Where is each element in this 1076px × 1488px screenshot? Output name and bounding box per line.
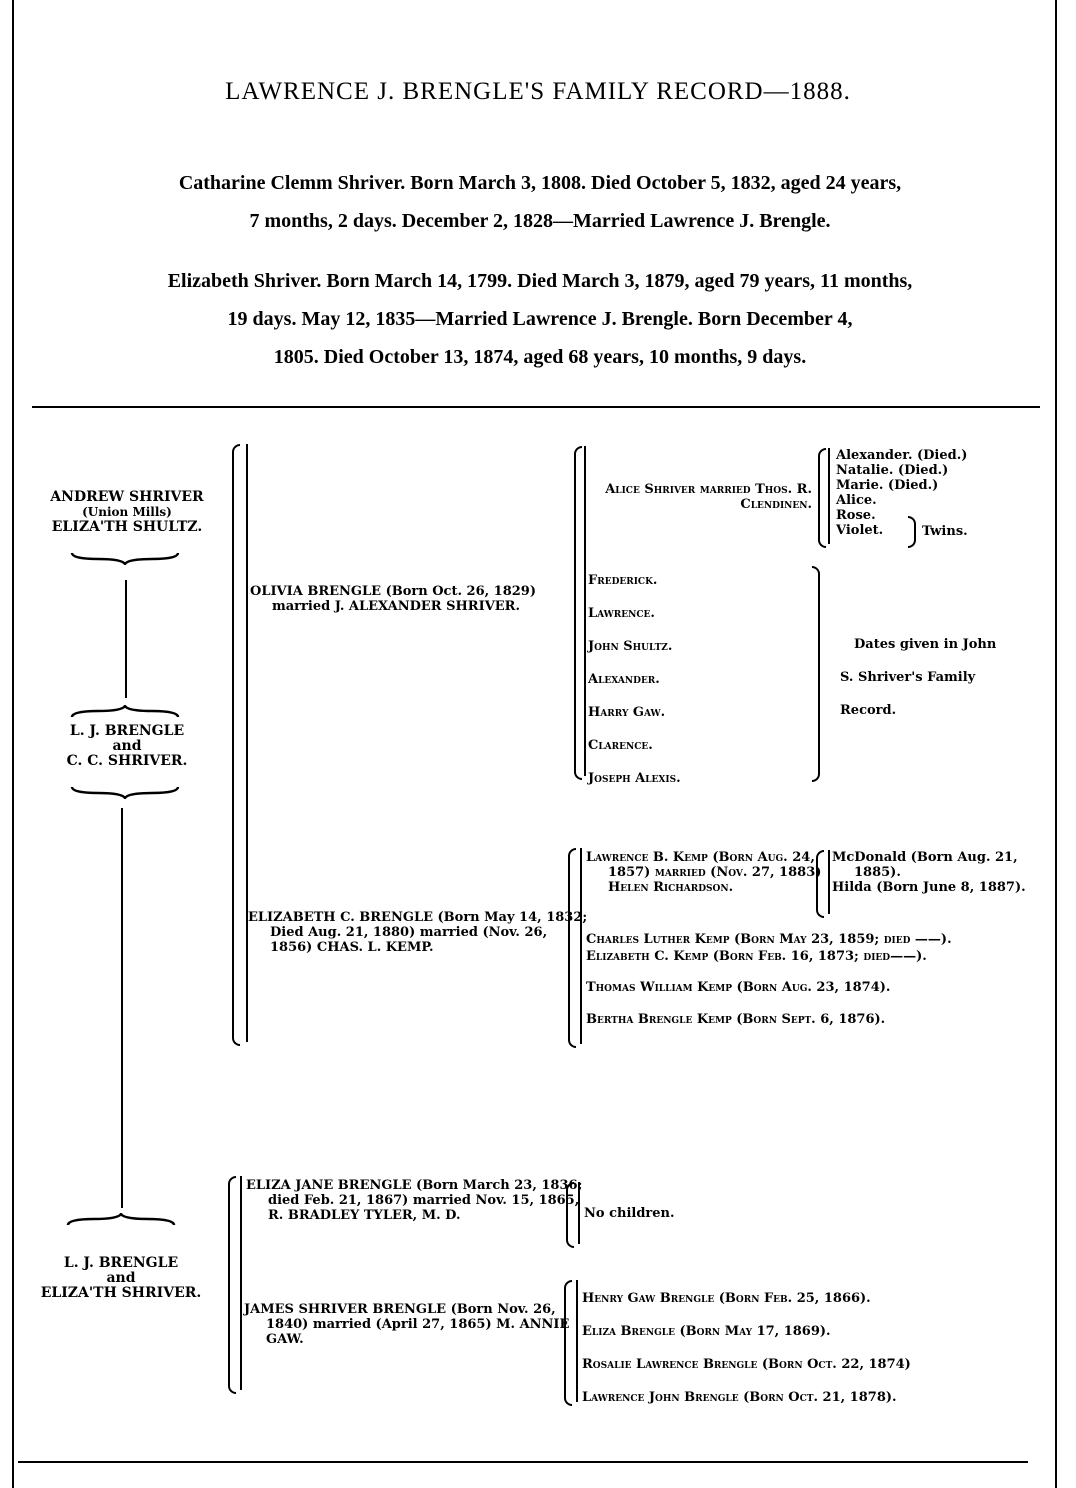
divider-top bbox=[32, 406, 1040, 408]
child-james: JAMES SHRIVER BRENGLE (Born Nov. 26, 184… bbox=[244, 1302, 582, 1347]
child-eliza-jane: ELIZA JANE BRENGLE (Born March 23, 1836;… bbox=[246, 1178, 584, 1223]
ancestor-line: ELIZA'TH SHULTZ. bbox=[22, 520, 232, 535]
right-border bbox=[1055, 0, 1057, 1488]
bracket-icon bbox=[564, 1280, 572, 1406]
bracket-icon bbox=[574, 446, 582, 780]
grandchild: Alexander. bbox=[588, 663, 681, 696]
grandchild: Joseph Alexis. bbox=[588, 762, 681, 795]
grandchild-alice: Alice Shriver married Thos. R. Clendinen… bbox=[590, 482, 812, 512]
couple2-block: L. J. BRENGLE and ELIZA'TH SHRIVER. bbox=[16, 1256, 226, 1301]
grandchild: Rosalie Lawrence Brengle (Born Oct. 22, … bbox=[582, 1348, 911, 1381]
bracket-icon bbox=[566, 1182, 574, 1248]
grandchild: Henry Gaw Brengle (Born Feb. 25, 1866). bbox=[582, 1282, 911, 1315]
bracket-icon bbox=[816, 850, 824, 918]
couple-line: L. J. BRENGLE bbox=[16, 1256, 226, 1271]
bracket-line bbox=[580, 848, 582, 1044]
great-grandchild: Marie. (Died.) bbox=[836, 478, 967, 493]
child-olivia: OLIVIA BRENGLE (Born Oct. 26, 1829) marr… bbox=[250, 584, 590, 614]
left-border bbox=[12, 0, 14, 1488]
great-grandchild: McDonald (Born Aug. 21, 1885). bbox=[854, 850, 1066, 880]
grandchild: Lawrence John Brengle (Born Oct. 21, 187… bbox=[582, 1381, 911, 1414]
twins-bracket-icon bbox=[908, 516, 916, 548]
bracket-icon bbox=[818, 448, 826, 548]
brace-up-icon bbox=[70, 704, 180, 714]
couple-line: and bbox=[16, 1271, 226, 1286]
couple-line: C. C. SHRIVER. bbox=[22, 754, 232, 769]
olivia-children-list: Frederick. Lawrence. John Shultz. Alexan… bbox=[588, 564, 681, 795]
great-grandchild: Natalie. (Died.) bbox=[836, 463, 967, 478]
grandchild: Lawrence. bbox=[588, 597, 681, 630]
divider-bottom bbox=[18, 1461, 1028, 1463]
bracket-line bbox=[576, 1280, 578, 1402]
grandchild: John Shultz. bbox=[588, 630, 681, 663]
intro-elizabeth: Elizabeth Shriver. Born March 14, 1799. … bbox=[30, 262, 1050, 376]
brace-down-icon bbox=[70, 550, 180, 560]
lineage-line bbox=[121, 808, 123, 1208]
bracket-icon bbox=[812, 566, 820, 782]
lineage-line bbox=[125, 580, 127, 698]
intro-catharine: Catharine Clemm Shriver. Born March 3, 1… bbox=[30, 164, 1050, 240]
intro-line: Catharine Clemm Shriver. Born March 3, 1… bbox=[30, 164, 1050, 202]
great-grandchild: Rose. bbox=[836, 508, 967, 523]
grandchild: Harry Gaw. bbox=[588, 696, 681, 729]
bracket-line bbox=[240, 1176, 242, 1390]
grandchild: Thomas William Kemp (Born Aug. 23, 1874)… bbox=[586, 980, 1042, 995]
ancestor-line: (Union Mills) bbox=[22, 505, 232, 520]
grandchild: Clarence. bbox=[588, 729, 681, 762]
twins-label: Twins. bbox=[922, 524, 968, 539]
couple-line: L. J. BRENGLE bbox=[22, 724, 232, 739]
bracket-icon bbox=[568, 848, 576, 1048]
dates-note: Dates given in John S. Shriver's Family … bbox=[840, 628, 1040, 727]
grandchild-lawrence-kemp: Lawrence B. Kemp (Born Aug. 24, 1857) ma… bbox=[586, 850, 832, 895]
bracket-line bbox=[578, 1182, 580, 1244]
intro-line: 1805. Died October 13, 1874, aged 68 yea… bbox=[30, 338, 1050, 376]
bracket-line bbox=[828, 850, 830, 914]
brace-down-icon bbox=[70, 784, 180, 794]
grandchild: Charles Luther Kemp (Born May 23, 1859; … bbox=[586, 932, 1042, 947]
couple1-block: L. J. BRENGLE and C. C. SHRIVER. bbox=[22, 724, 232, 769]
intro-line: 19 days. May 12, 1835—Married Lawrence J… bbox=[30, 300, 1050, 338]
grandchild: Bertha Brengle Kemp (Born Sept. 6, 1876)… bbox=[586, 1012, 1042, 1027]
no-children-note: No children. bbox=[584, 1206, 675, 1221]
bracket-icon bbox=[228, 1176, 236, 1394]
note-line: Record. bbox=[840, 694, 1040, 727]
great-grandchild: Hilda (Born June 8, 1887). bbox=[854, 880, 1066, 895]
intro-line: Elizabeth Shriver. Born March 14, 1799. … bbox=[30, 262, 1050, 300]
great-grandchild: Alice. bbox=[836, 493, 967, 508]
document-page: LAWRENCE J. BRENGLE'S FAMILY RECORD—1888… bbox=[0, 0, 1076, 1488]
couple-line: ELIZA'TH SHRIVER. bbox=[16, 1286, 226, 1301]
bracket-line bbox=[828, 448, 830, 544]
intro-line: 7 months, 2 days. December 2, 1828—Marri… bbox=[30, 202, 1050, 240]
note-line: Dates given in John bbox=[840, 628, 1040, 661]
grandchild: Frederick. bbox=[588, 564, 681, 597]
grandchild: Elizabeth C. Kemp (Born Feb. 16, 1873; d… bbox=[586, 949, 1042, 964]
couple-line: and bbox=[22, 739, 232, 754]
child-elizabeth: ELIZABETH C. BRENGLE (Born May 14, 1832;… bbox=[248, 910, 588, 955]
note-line: S. Shriver's Family bbox=[840, 661, 1040, 694]
lawrence-kemp-children: McDonald (Born Aug. 21, 1885). Hilda (Bo… bbox=[832, 850, 1066, 895]
ancestors-block: ANDREW SHRIVER (Union Mills) ELIZA'TH SH… bbox=[22, 490, 232, 535]
great-grandchild: Alexander. (Died.) bbox=[836, 448, 967, 463]
page-title: LAWRENCE J. BRENGLE'S FAMILY RECORD—1888… bbox=[0, 78, 1076, 106]
james-children-list: Henry Gaw Brengle (Born Feb. 25, 1866). … bbox=[582, 1282, 911, 1414]
ancestor-line: ANDREW SHRIVER bbox=[22, 490, 232, 505]
bracket-line bbox=[584, 446, 586, 776]
brace-up-icon bbox=[66, 1212, 176, 1222]
elizabeth-children-list: Charles Luther Kemp (Born May 23, 1859; … bbox=[586, 932, 1042, 1027]
bracket-icon bbox=[232, 444, 240, 1046]
grandchild: Eliza Brengle (Born May 17, 1869). bbox=[582, 1315, 911, 1348]
